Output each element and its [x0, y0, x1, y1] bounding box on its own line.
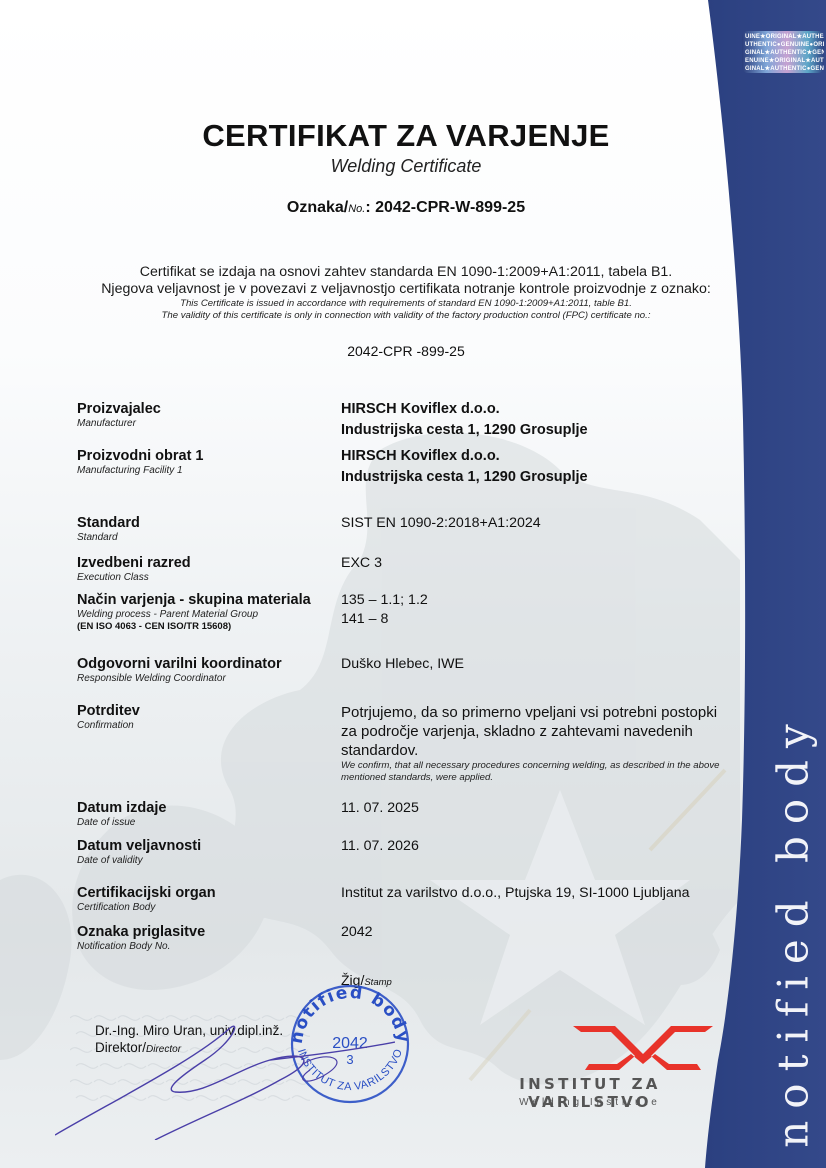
certificate-page: UINE★ORIGINAL★AUTHENT UTHENTIC●GENUINE●O… [0, 0, 826, 1168]
logo-subtitle: Welding Institute [465, 1097, 715, 1108]
notified-body-band-text: notified body [769, 712, 818, 1148]
fpc-certificate-number: 2042-CPR -899-25 [0, 343, 812, 359]
certificate-number: Oznaka/No.: 2042-CPR-W-899-25 [0, 199, 812, 217]
authenticity-hologram: UINE★ORIGINAL★AUTHENT UTHENTIC●GENUINE●O… [742, 31, 824, 73]
certificate-title: CERTIFIKAT ZA VARJENJE [0, 118, 812, 154]
director-signature [55, 1020, 395, 1140]
welding-institute-logo: INSTITUT ZA VARILSTVO Welding Institute [465, 1020, 715, 1115]
certificate-subtitle: Welding Certificate [0, 156, 812, 177]
certificate-number-value: 2042-CPR-W-899-25 [375, 199, 525, 216]
intro-text: Certifikat se izdaja na osnovi zahtev st… [0, 264, 812, 322]
welding-institute-logo-mark [565, 1020, 715, 1075]
